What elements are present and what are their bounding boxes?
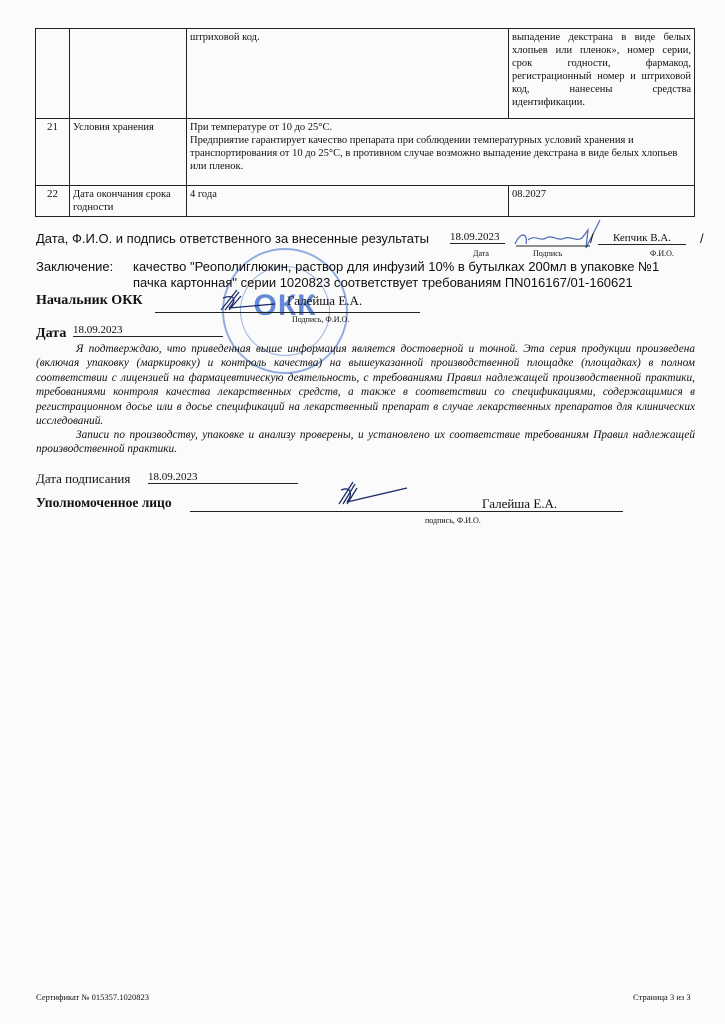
row-result: выпадение декстрана в виде белых хлопьев… (509, 29, 695, 119)
row-name: Условия хранения (70, 119, 187, 186)
footer-page-number: Страница 3 из 3 (633, 992, 691, 1002)
row-number: 22 (36, 186, 70, 217)
responsible-name: Кепчик В.А. (598, 232, 686, 245)
spec-table: штриховой код. выпадение декстрана в вид… (35, 28, 695, 217)
authorized-caption: подпись, Ф.И.О. (425, 516, 481, 525)
signing-date-label: Дата подписания (36, 471, 130, 487)
row-requirement: 4 года (187, 186, 509, 217)
footer-certificate: Сертификат № 015357.1020823 (36, 992, 149, 1002)
table-row: штриховой код. выпадение декстрана в вид… (36, 29, 695, 119)
date-value: 18.09.2023 (73, 324, 223, 337)
row-number: 21 (36, 119, 70, 186)
responsible-date: 18.09.2023 (450, 231, 505, 244)
responsible-name-caption: Ф.И.О. (650, 249, 674, 258)
date-label: Дата (36, 326, 66, 342)
head-okk-caption: Подпись, Ф.И.О. (292, 315, 349, 324)
statement-paragraph-1: Я подтверждаю, что приведенная выше инфо… (36, 342, 695, 428)
slash: / (700, 231, 704, 246)
statement-paragraph-2: Записи по производству, упаковке и анали… (36, 428, 695, 457)
table-row: 22 Дата окончания срока годности 4 года … (36, 186, 695, 217)
authorized-signature-line (190, 511, 623, 512)
signature-authorized-icon (335, 478, 415, 508)
conclusion-line-1: качество "Реополиглюкин, раствор для инф… (133, 259, 659, 274)
row-requirement: При температуре от 10 до 25°C. Предприят… (187, 119, 695, 186)
row-name: Дата окончания срока годности (70, 186, 187, 217)
conclusion-line-2: пачка картонная" серии 1020823 соответст… (133, 275, 633, 290)
head-okk-label: Начальник ОКК (36, 293, 143, 309)
row-result: 08.2027 (509, 186, 695, 217)
head-okk-name: Галейша Е.А. (287, 293, 362, 309)
responsible-signature-caption: Подпись (533, 249, 562, 258)
row-number (36, 29, 70, 119)
signing-date-value: 18.09.2023 (148, 471, 298, 484)
slash: / (590, 231, 594, 246)
conclusion-label: Заключение: (36, 259, 113, 274)
authorized-label: Уполномоченное лицо (36, 495, 172, 511)
authorized-name: Галейша Е.А. (482, 496, 557, 512)
table-row: 21 Условия хранения При температуре от 1… (36, 119, 695, 186)
responsible-date-caption: Дата (473, 249, 489, 258)
responsible-label: Дата, Ф.И.О. и подпись ответственного за… (36, 231, 429, 246)
row-requirement: штриховой код. (187, 29, 509, 119)
row-name (70, 29, 187, 119)
